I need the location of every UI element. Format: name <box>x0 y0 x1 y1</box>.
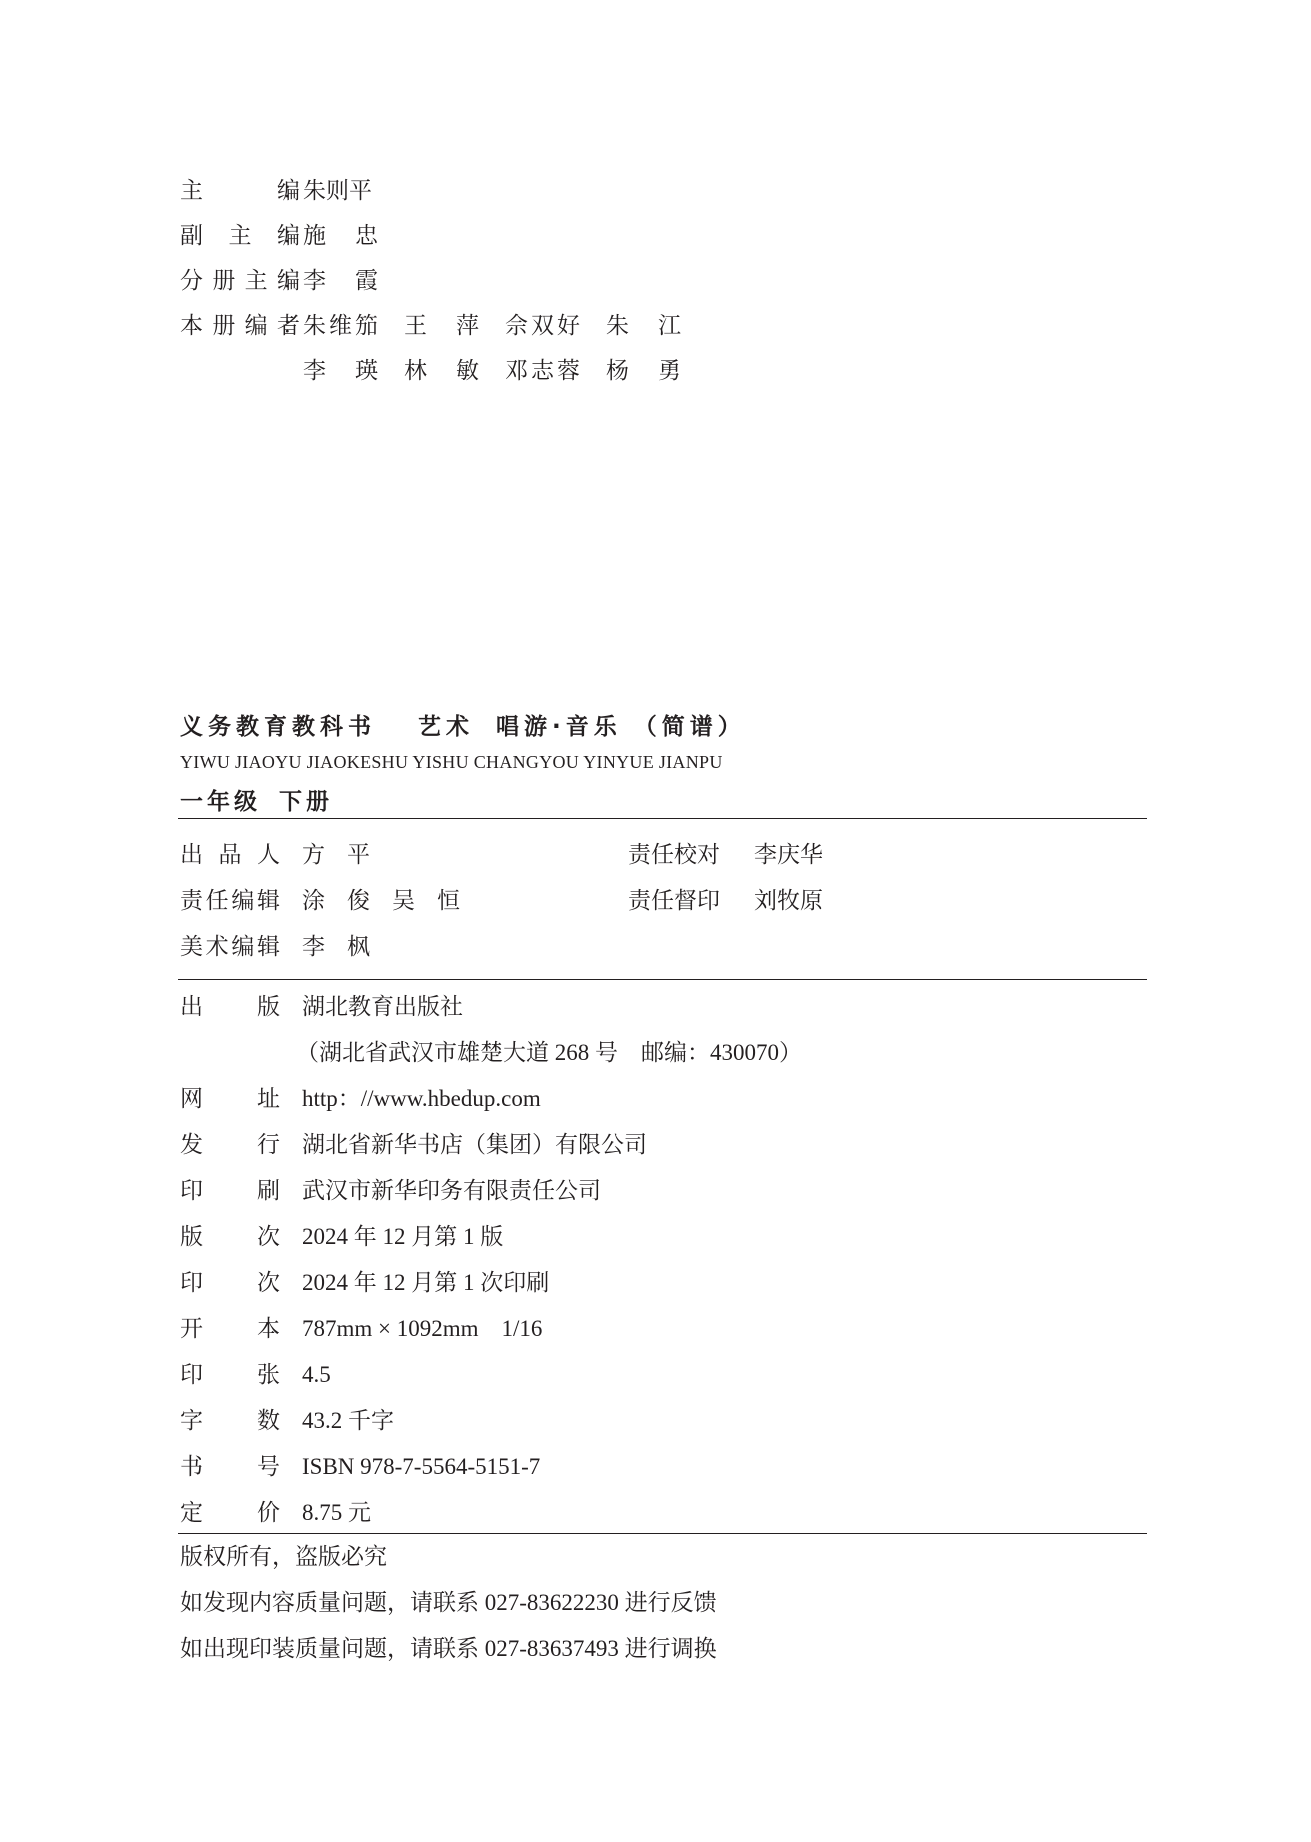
colon: ： <box>282 176 305 206</box>
staff-value: 李 枫 <box>302 932 370 962</box>
editor-name: 邓 志 蓉 <box>505 356 580 386</box>
copyright-notice: 版权所有，盗版必究 <box>180 1542 387 1572</box>
label-char: 编 <box>231 886 254 916</box>
pub-label: 印刷 <box>180 1176 280 1206</box>
name-char: 维 <box>329 311 352 341</box>
label-char: 任 <box>206 886 229 916</box>
name-char: 志 <box>531 356 554 386</box>
volume: 下册 <box>279 789 333 815</box>
editor-names: 朱 维 笳 王 萍 佘 双 好 朱 江 <box>303 311 707 341</box>
pub-label: 书号 <box>180 1452 280 1482</box>
label-char: 字 <box>180 1406 203 1436</box>
pub-value: 湖北省新华书店（集团）有限公司 <box>302 1130 647 1160</box>
name-char: 涂 <box>302 886 325 916</box>
name-char: 王 <box>404 311 427 341</box>
name-char: 佘 <box>505 311 528 341</box>
name-char: 施 <box>303 221 326 251</box>
pub-value-isbn: ISBN 978-7-5564-5151-7 <box>302 1452 540 1482</box>
label-char: 辑 <box>257 932 280 962</box>
label-char: 次 <box>257 1268 280 1298</box>
label-char: 开 <box>180 1314 203 1344</box>
label-char: 价 <box>257 1498 280 1528</box>
name-char: 霞 <box>355 266 378 296</box>
pub-value-price: 8.75 元 <box>302 1498 371 1528</box>
label-char: 出 <box>180 992 203 1022</box>
label-char: 主 <box>245 266 268 296</box>
name-char: 林 <box>404 356 427 386</box>
colon: ： <box>282 221 305 251</box>
label-char: 副 <box>180 221 203 251</box>
label-char: 辑 <box>257 886 280 916</box>
pub-value: 787mm × 1092mm 1/16 <box>302 1314 542 1344</box>
book-title: 义务教育教科书艺术唱游·音乐（简谱） <box>180 708 746 741</box>
name-char: 方 <box>302 840 325 870</box>
name-char: 枫 <box>347 932 370 962</box>
divider <box>178 818 1147 819</box>
editor-names: 施 忠 <box>303 221 404 251</box>
staff-label-proofreader: 责任校对 <box>628 840 720 870</box>
name-char: 笳 <box>355 311 378 341</box>
label-char: 编 <box>245 311 268 341</box>
label-char: 版 <box>257 992 280 1022</box>
staff-label-print-supervisor: 责任督印 <box>628 886 720 916</box>
name-char: 敏 <box>456 356 479 386</box>
label-char: 发 <box>180 1130 203 1160</box>
editor-names: 李 瑛 林 敏 邓 志 蓉 杨 勇 <box>303 356 707 386</box>
grade: 一年级 <box>180 789 261 815</box>
name-char: 李 <box>303 266 326 296</box>
staff-label: 出 品 人 <box>180 840 280 870</box>
staff-label: 美 术 编 辑 <box>180 932 280 962</box>
label-char: 印 <box>180 1360 203 1390</box>
label-char: 编 <box>231 932 254 962</box>
editor-name: 佘 双 好 <box>505 311 580 341</box>
notation-type: （简谱） <box>634 708 746 741</box>
label-char: 出 <box>180 840 203 870</box>
pub-label: 字数 <box>180 1406 280 1436</box>
editor-name: 施 忠 <box>303 221 378 251</box>
label-char: 美 <box>180 932 203 962</box>
label-char: 版 <box>180 1222 203 1252</box>
pub-label: 网址 <box>180 1084 280 1114</box>
staff-label: 责 任 编 辑 <box>180 886 280 916</box>
label-char: 址 <box>257 1084 280 1114</box>
name-char: 瑛 <box>355 356 378 386</box>
name-char: 吴 <box>392 886 415 916</box>
label-char: 网 <box>180 1084 203 1114</box>
name-char: 朱 <box>303 311 326 341</box>
label-char: 品 <box>219 840 242 870</box>
name-char: 李 <box>302 932 325 962</box>
label-char: 册 <box>212 311 235 341</box>
editor-name: 李 霞 <box>303 266 378 296</box>
label-char: 责 <box>180 886 203 916</box>
editor-name: 李 瑛 <box>303 356 378 386</box>
content-feedback-notice: 如发现内容质量问题，请联系 027-83622230 进行反馈 <box>180 1588 717 1618</box>
label-char: 术 <box>206 932 229 962</box>
label-char: 数 <box>257 1406 280 1436</box>
label-char: 号 <box>257 1452 280 1482</box>
pub-value: 武汉市新华印务有限责任公司 <box>302 1176 601 1206</box>
pub-value: 2024 年 12 月第 1 次印刷 <box>302 1268 549 1298</box>
name-char: 忠 <box>355 221 378 251</box>
label-char: 定 <box>180 1498 203 1528</box>
pub-value-website: http：//www.hbedup.com <box>302 1084 541 1114</box>
copyright-page: 主 编 ： 朱则平 副 主 编 ： 施 忠 分 册 主 编 ： <box>0 0 1311 1842</box>
name-char: 勇 <box>658 356 681 386</box>
label-char: 次 <box>257 1222 280 1252</box>
name-char: 恒 <box>437 886 460 916</box>
pub-value: 43.2 千字 <box>302 1406 394 1436</box>
label-char: 主 <box>229 221 252 251</box>
name-char: 江 <box>658 311 681 341</box>
label-char: 刷 <box>257 1176 280 1206</box>
label-char: 张 <box>257 1360 280 1390</box>
divider <box>178 1533 1147 1534</box>
label-char: 主 <box>180 176 203 206</box>
grade-volume: 一年级下册 <box>180 783 333 816</box>
name-char: 萍 <box>456 311 479 341</box>
pub-value: 4.5 <box>302 1360 331 1390</box>
name-char: 俊 <box>347 886 370 916</box>
editor-name: 林 敏 <box>404 356 479 386</box>
colon: ： <box>282 266 305 296</box>
book-name: 唱游·音乐 <box>496 708 622 741</box>
label-char: 分 <box>180 266 203 296</box>
name-char: 李 <box>303 356 326 386</box>
editor-name: 王 萍 <box>404 311 479 341</box>
pub-label: 出版 <box>180 992 280 1022</box>
subject-title: 艺术 <box>418 708 474 741</box>
pub-value: 2024 年 12 月第 1 版 <box>302 1222 503 1252</box>
label-char: 印 <box>180 1268 203 1298</box>
name-char: 平 <box>347 840 370 870</box>
name-char: 朱 <box>606 311 629 341</box>
editor-name: 杨 勇 <box>606 356 681 386</box>
colon: ： <box>282 311 305 341</box>
series-title: 义务教育教科书 <box>180 708 376 741</box>
pub-label: 版次 <box>180 1222 280 1252</box>
romanized-title: YIWU JIAOYU JIAOKESHU YISHU CHANGYOU YIN… <box>180 752 723 773</box>
name-char: 邓 <box>505 356 528 386</box>
print-feedback-notice: 如出现印装质量问题，请联系 027-83637493 进行调换 <box>180 1634 717 1664</box>
editor-name: 朱 江 <box>606 311 681 341</box>
editor-name: 朱 维 笳 <box>303 311 378 341</box>
label-char: 书 <box>180 1452 203 1482</box>
label-char: 印 <box>180 1176 203 1206</box>
pub-label: 发行 <box>180 1130 280 1160</box>
name-char: 好 <box>557 311 580 341</box>
pub-label: 印次 <box>180 1268 280 1298</box>
staff-value: 涂 俊 吴 恒 <box>302 886 460 916</box>
label-char: 本 <box>180 311 203 341</box>
staff-value: 方 平 <box>302 840 370 870</box>
pub-label: 定价 <box>180 1498 280 1528</box>
label-char: 册 <box>212 266 235 296</box>
label-char: 人 <box>257 840 280 870</box>
editor-names: 朱则平 <box>303 176 372 206</box>
label-char: 本 <box>257 1314 280 1344</box>
staff-value-proofreader: 李庆华 <box>754 840 823 870</box>
name-char: 杨 <box>606 356 629 386</box>
name-char: 双 <box>531 311 554 341</box>
divider <box>178 979 1147 980</box>
pub-label: 印张 <box>180 1360 280 1390</box>
name-char: 蓉 <box>557 356 580 386</box>
editor-name: 朱则平 <box>303 176 372 206</box>
label-char: 行 <box>257 1130 280 1160</box>
pub-value-address: （湖北省武汉市雄楚大道 268 号 邮编：430070） <box>296 1038 802 1068</box>
pub-value: 湖北教育出版社 <box>302 992 463 1022</box>
staff-value-print-supervisor: 刘牧原 <box>754 886 823 916</box>
pub-label: 开本 <box>180 1314 280 1344</box>
editor-names: 李 霞 <box>303 266 404 296</box>
